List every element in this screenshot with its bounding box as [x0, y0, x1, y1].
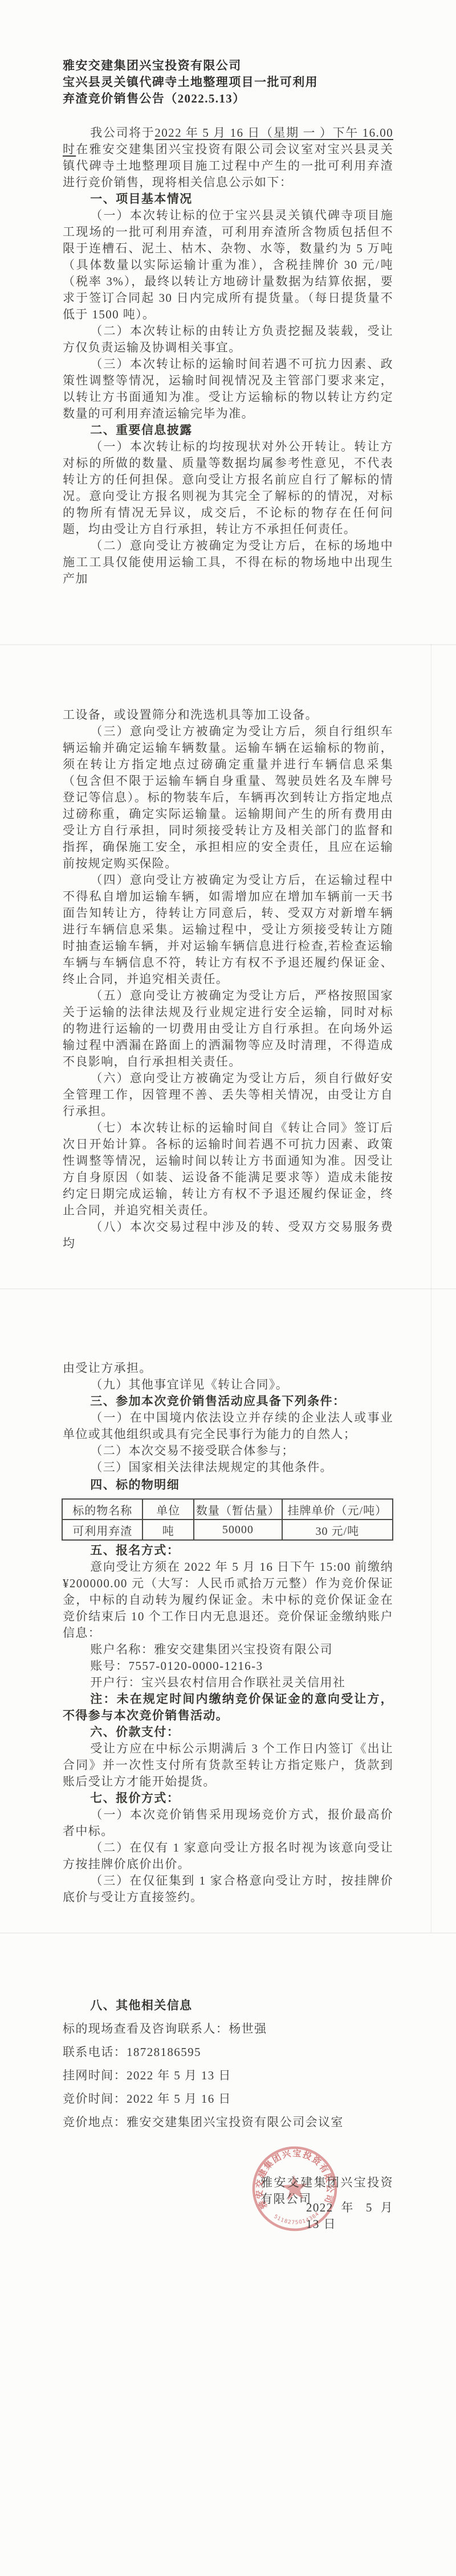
title-line-1: 雅安交建集团兴宝投资有限公司: [0, 58, 456, 74]
table-cell-name: 可利用弃渣: [62, 1520, 142, 1540]
posting-date-line: 挂网时间：2022 年 5 月 13 日: [0, 2067, 456, 2084]
section-heading-2: 二、重要信息披露: [0, 422, 456, 439]
paragraph-2-8-start: （八）本次交易过程中涉及的转、受双方交易服务费均: [0, 1219, 456, 1252]
account-name-line: 账户名称：雅安交建集团兴宝投资有限公司: [0, 1641, 456, 1658]
page-4: 八、其他相关信息 标的现场查看及咨询联系人：杨世强 联系电话：187281865…: [0, 1932, 456, 2576]
section-heading-3: 三、参加本次竞价销售活动应具备下列条件：: [0, 1393, 456, 1410]
paragraph-2-1: （一）本次转让标的均按现状对外公开转让。转让方对标的所做的数量、质量等数据均属参…: [0, 439, 456, 538]
deposit-note: 注：未在规定时间内缴纳竞价保证金的意向受让方，不得参与本次竞价销售活动。: [0, 1691, 456, 1724]
contact-person-line: 标的现场查看及咨询联系人：杨世强: [0, 2021, 456, 2037]
signup-paragraph: 意向受让方须在 2022 年 5 月 16 日下午 15:00 前缴纳 ¥200…: [0, 1559, 456, 1641]
bid-rule-3: （三）在仅征集到 1 家合格意向受让方时，按挂牌价底价与受让方直接签约。: [0, 1873, 456, 1906]
table-header-price: 挂牌单价（元/吨）: [282, 1499, 393, 1520]
paragraph-2-9: （九）其他事宜详见《转让合同》。: [0, 1377, 456, 1393]
intro-pre: 我公司将于: [90, 126, 154, 140]
section-heading-7: 七、报价方式：: [0, 1790, 456, 1807]
condition-2: （二）本次交易不接受联合体参与；: [0, 1443, 456, 1459]
contact-phone-line: 联系电话：18728186595: [0, 2044, 456, 2061]
paragraph-2-5: （五）意向受让方被确定为受让方后，严格按照国家关于运输的法律法规及行业规定进行安…: [0, 988, 456, 1070]
paragraph-2-8-continuation: 由受让方承担。: [0, 1360, 456, 1377]
condition-1: （一）在中国境内依法设立并存续的企业法人或事业单位或其他组织或具有完全民事行为能…: [0, 1410, 456, 1443]
scanned-announcement-document: 雅安交建集团兴宝投资有限公司 宝兴县灵关镇代碑寺土地整理项目一批可利用 弃渣竞价…: [0, 0, 456, 2576]
title-line-2: 宝兴县灵关镇代碑寺土地整理项目一批可利用: [0, 74, 456, 91]
paragraph-1-3: （三）本次转让标的运输时间若遇不可抗力因素、政策性调整等情况，运输时间视情况及主…: [0, 356, 456, 422]
bank-line: 开户行：宝兴县农村信用合作联社灵关信用社: [0, 1674, 456, 1691]
section-heading-5: 五、报名方式：: [0, 1542, 456, 1559]
paragraph-2-4: （四）意向受让方被确定为受让方后，在运输过程中不得私自增加运输车辆，如需增加应在…: [0, 872, 456, 988]
paragraph-2-2-continuation: 工设备，或设置筛分和洗选机具等加工设备。: [0, 707, 456, 723]
intro-paragraph: 我公司将于2022 年 5 月 16 日（星期 一 ）下午 16.00 时在雅安…: [0, 125, 456, 191]
signature-date: 2022 年 5 月 13 日: [243, 2200, 456, 2233]
paragraph-2-7: （七）本次转让标的运输时间自《转让合同》签订后次日开始计算。各标的运输时间若遇不…: [0, 1120, 456, 1219]
table-row: 可利用弃渣 吨 50000 30 元/吨: [62, 1520, 393, 1540]
paragraph-2-2-start: （二）意向受让方被确定为受让方后，在标的场地中施工工具仅能使用运输工具，不得在标…: [0, 538, 456, 587]
paragraph-2-6: （六）意向受让方被确定为受让方后，须自行做好安全管理工作，因管理不善、丢失等相关…: [0, 1070, 456, 1120]
subject-matter-table: 标的物名称 单位 数量（暂估量） 挂牌单价（元/吨） 可利用弃渣 吨 50000…: [62, 1498, 393, 1541]
table-header-unit: 单位: [142, 1499, 194, 1520]
table-header-row: 标的物名称 单位 数量（暂估量） 挂牌单价（元/吨）: [62, 1499, 393, 1520]
bid-rule-1: （一）本次竞价销售采用现场竞价方式，报价最高价者中标。: [0, 1807, 456, 1840]
paragraph-2-3: （三）意向受让方被确定为受让方后，须自行组织车辆运输并确定运输车辆数量。运输车辆…: [0, 723, 456, 872]
bidding-date-line: 竞价时间：2022 年 5 月 16 日: [0, 2091, 456, 2107]
condition-3: （三）国家相关法律法规规定的其他条件。: [0, 1459, 456, 1476]
table-cell-quantity: 50000: [194, 1520, 282, 1540]
page-2: 工设备，或设置筛分和洗选机具等加工设备。 （三）意向受让方被确定为受让方后，须自…: [0, 644, 456, 1288]
section-heading-6: 六、价款支付：: [0, 1724, 456, 1740]
account-number-line: 账号：7557-0120-0000-1216-3: [0, 1658, 456, 1674]
intro-post: 在雅安交建集团兴宝投资有限公司会议室对宝兴县灵关镇代碑寺土地整理项目施工过程中产…: [63, 142, 393, 189]
section-heading-8: 八、其他相关信息: [0, 1997, 456, 2014]
payment-paragraph: 受让方应在中标公示期满后 3 个工作日内签订《出让合同》并一次性支付所有货款至转…: [0, 1740, 456, 1790]
paragraph-1-2: （二）本次转让标的由转让方负责挖掘及装载，受让方仅负责运输及协调相关事宜。: [0, 323, 456, 356]
table-cell-unit: 吨: [142, 1520, 194, 1540]
table-header-quantity: 数量（暂估量）: [194, 1499, 282, 1520]
title-line-3: 弃渣竞价销售公告（2022.5.13）: [0, 91, 456, 107]
table-header-name: 标的物名称: [62, 1499, 142, 1520]
page-1: 雅安交建集团兴宝投资有限公司 宝兴县灵关镇代碑寺土地整理项目一批可利用 弃渣竞价…: [0, 0, 456, 644]
section-heading-1: 一、项目基本情况: [0, 191, 456, 207]
paragraph-1-1: （一）本次转让标的位于宝兴县灵关镇代碑寺项目施工现场的一批可利用弃渣，可利用弃渣…: [0, 207, 456, 323]
page-3: 由受让方承担。 （九）其他事宜详见《转让合同》。 三、参加本次竞价销售活动应具备…: [0, 1288, 456, 1932]
table-cell-price: 30 元/吨: [282, 1520, 393, 1540]
bidding-place-line: 竞价地点：雅安交建集团兴宝投资有限公司会议室: [0, 2114, 456, 2131]
bid-rule-2: （二）在仅有 1 家意向受让方报名时视为该意向受让方按挂牌价底价出价。: [0, 1840, 456, 1873]
section-heading-4: 四、标的物明细: [0, 1477, 456, 1493]
document-title: 雅安交建集团兴宝投资有限公司 宝兴县灵关镇代碑寺土地整理项目一批可利用 弃渣竞价…: [0, 58, 456, 107]
